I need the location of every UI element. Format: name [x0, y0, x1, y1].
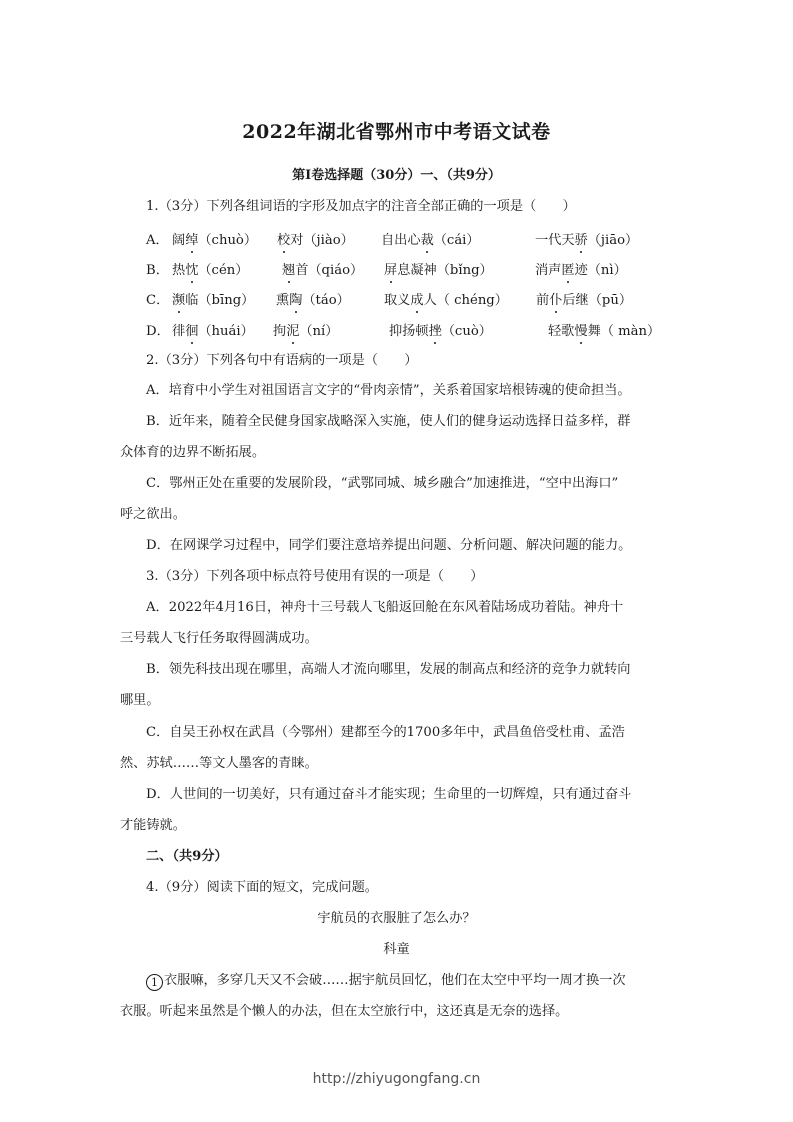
question-3-option-c-cont: 然、苏轼……等文人墨客的青睐。: [120, 756, 318, 772]
watermark-link[interactable]: http://zhiyugongfang.cn: [0, 1071, 793, 1087]
question-2-option-c: C．鄂州正处在重要的发展阶段，“武鄂同城、城乡融合”加速推进，“空中出海口”: [146, 476, 618, 492]
option-item: 自出心裁（cái）: [381, 229, 480, 248]
passage-paragraph-1: 1衣服嘛，多穿几天又不会破……据宇航员回忆，他们在太空中平均一周才换一次: [146, 973, 626, 991]
question-3-option-b-cont: 哪里。: [120, 693, 160, 709]
question-3-option-a: A．2022年4月16日，神舟十三号载人飞船返回舱在东风着陆场成功着陆。神舟十: [146, 600, 623, 616]
question-2-option-b-cont: 众体育的边界不断拓展。: [120, 445, 265, 461]
question-3-option-a-cont: 三号载人飞行任务取得圆满成功。: [120, 631, 318, 647]
exam-page: 2022年湖北省鄂州市中考语文试卷 第Ⅰ卷选择题（30分）一、（共9分） 1.（…: [0, 0, 793, 1122]
question-2-option-b: B．近年来，随着全民健身国家战略深入实施，使人们的健身运动选择日益多样，群: [146, 414, 630, 430]
option-item: 抑扬顿挫（cuò）: [389, 320, 492, 339]
question-3-option-b: B．领先科技出现在哪里，高端人才流向哪里，发展的制高点和经济的竞争力就转向: [146, 662, 630, 678]
option-label: C．: [146, 289, 169, 308]
option-item: 熏陶（táo）: [276, 289, 350, 308]
question-3-option-d-cont: 才能铸就。: [120, 818, 186, 834]
passage-title: 宇航员的衣服脏了怎么办？: [0, 911, 793, 927]
passage-paragraph-1-cont: 衣服。听起来虽然是个懒人的办法，但在太空旅行中，这还真是无奈的选择。: [120, 1004, 568, 1020]
question-2-option-c-cont: 呼之欲出。: [120, 507, 186, 523]
question-1-stem: 1.（3分）下列各组词语的字形及加点字的注音全部正确的一项是（ ）: [146, 199, 576, 215]
paragraph-number: 1: [146, 974, 163, 991]
section-heading-1: 第Ⅰ卷选择题（30分）一、（共9分）: [0, 164, 793, 183]
question-3-option-d: D．人世间的一切美好，只有通过奋斗才能实现；生命里的一切辉煌，只有通过奋斗: [146, 787, 631, 803]
option-item: 轻歌慢舞（ màn）: [548, 320, 660, 339]
question-2-option-a: A．培育中小学生对祖国语言文字的“骨肉亲情”，关系着国家培根铸魂的使命担当。: [146, 383, 631, 399]
option-item: 取义成人（ chéng）: [384, 289, 508, 308]
option-item: 濒临（bīng）: [172, 289, 254, 308]
question-3-stem: 3.（3分）下列各项中标点符号使用有误的一项是（ ）: [146, 569, 483, 585]
section-heading-2: 二、（共9分）: [146, 849, 228, 865]
option-item: 热忱（cén）: [172, 259, 248, 278]
question-2-stem: 2.（3分）下列各句中有语病的一项是（ ）: [146, 353, 418, 369]
question-2-option-d: D．在网课学习过程中，同学们要注意培养提出问题、分析问题、解决问题的能力。: [146, 538, 631, 554]
option-item: 阔绰（chuò）: [172, 229, 257, 248]
question-3-option-c: C．自吴王孙权在武昌（今鄂州）建都至今的1700多年中，武昌鱼倍受杜甫、孟浩: [146, 725, 625, 741]
option-label: D．: [146, 320, 170, 339]
question-4-stem: 4.（9分）阅读下面的短文，完成问题。: [146, 880, 378, 896]
option-item: 拘泥（ní）: [273, 320, 338, 339]
passage-author: 科童: [0, 942, 793, 958]
option-label: A．: [146, 229, 169, 248]
option-item: 徘徊（huái）: [172, 320, 254, 339]
exam-title: 2022年湖北省鄂州市中考语文试卷: [0, 117, 793, 144]
option-item: 屏息凝神（bǐng）: [384, 259, 493, 278]
option-item: 校对（jiào）: [277, 229, 354, 248]
option-item: 翘首（qiáo）: [282, 259, 363, 278]
option-item: 消声匿迹（nì）: [535, 259, 627, 278]
option-label: B．: [146, 259, 169, 278]
option-item: 前仆后继（pū）: [536, 289, 632, 308]
option-item: 一代天骄（jiāo）: [535, 229, 638, 248]
